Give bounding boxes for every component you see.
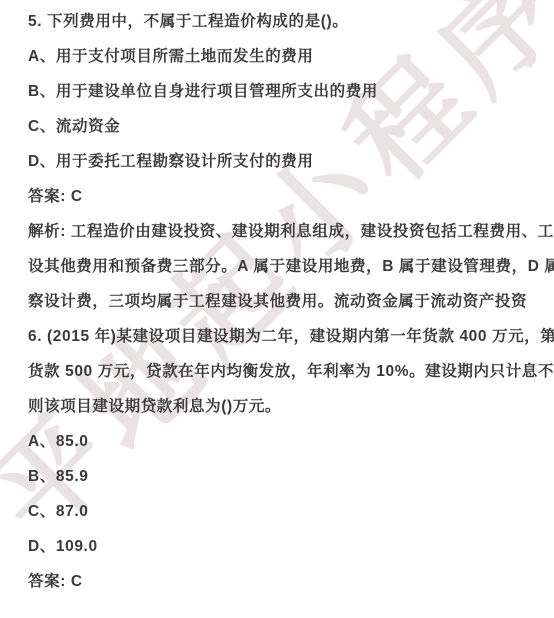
question-5-analysis-line: 解析: 工程造价由建设投资、建设期利息组成，建设投资包括工程费用、工程建 (28, 221, 544, 242)
question-6-stem-line: 6. (2015 年)某建设项目建设期为二年，建设期内第一年货款 400 万元，… (28, 326, 544, 347)
question-6-stem-line: 则该项目建设期贷款利息为()万元。 (28, 396, 544, 417)
question-list: 5. 下列费用中，不属于工程造价构成的是()。 A、用于支付项目所需土地而发生的… (0, 0, 554, 618)
question-6-answer: 答案: C (28, 571, 544, 592)
question-5-option-b: B、用于建设单位自身进行项目管理所支出的费用 (28, 81, 544, 102)
question-5-analysis-line: 设其他费用和预备费三部分。A 属于建设用地费，B 属于建设管理费，D 属于勘 (28, 256, 544, 277)
question-5-analysis-line: 察设计费，三项均属于工程建设其他费用。流动资金属于流动资产投资 (28, 291, 544, 312)
exam-page: 平地起小程序 5. 下列费用中，不属于工程造价构成的是()。 A、用于支付项目所… (0, 0, 554, 618)
question-6-option-b: B、85.9 (28, 466, 544, 487)
question-6-stem-line: 货款 500 万元，贷款在年内均衡发放，年利率为 10%。建设期内只计息不支付， (28, 361, 544, 382)
question-5-answer: 答案: C (28, 186, 544, 207)
question-6-option-c: C、87.0 (28, 501, 544, 522)
question-5-option-c: C、流动资金 (28, 116, 544, 137)
question-5-option-d: D、用于委托工程勘察设计所支付的费用 (28, 151, 544, 172)
question-5-stem: 5. 下列费用中，不属于工程造价构成的是()。 (28, 11, 544, 32)
question-6-option-a: A、85.0 (28, 431, 544, 452)
question-6-option-d: D、109.0 (28, 536, 544, 557)
question-5-option-a: A、用于支付项目所需土地而发生的费用 (28, 46, 544, 67)
